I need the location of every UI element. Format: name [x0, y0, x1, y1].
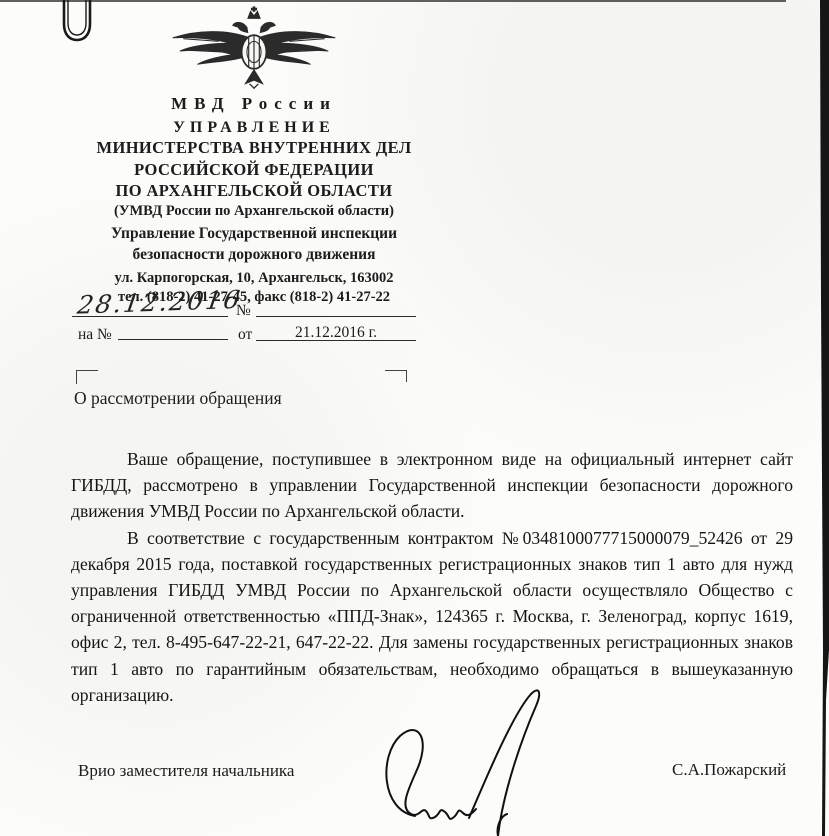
outgoing-number-blank-line: [256, 316, 416, 317]
body-paragraph-2: В соответствие с государственным контрак…: [71, 525, 793, 708]
handwritten-outgoing-date: 28.12.2016: [76, 285, 231, 319]
scan-right-edge: [818, 0, 829, 836]
org-abbreviation: (УМВД России по Архангельской области): [58, 203, 450, 220]
from-label: от: [238, 326, 252, 344]
number-label: №: [236, 302, 251, 320]
body-paragraph-1: Ваше обращение, поступившее в электронно…: [71, 446, 793, 525]
org-name-top: МВД России: [58, 94, 450, 114]
reply-number-blank-line: [118, 339, 228, 340]
dept-caps: УПРАВЛЕНИЕ: [58, 119, 450, 137]
street-address: ул. Карпогорская, 10, Архангельск, 16300…: [58, 269, 450, 288]
letterhead: МВД России УПРАВЛЕНИЕ МИНИСТЕРСТВА ВНУТР…: [58, 6, 450, 307]
division-line-2: безопасности дорожного движения: [58, 244, 450, 265]
incoming-date-line: [256, 340, 416, 341]
mvd-eagle-emblem-icon: [164, 6, 344, 90]
dept-line-1: МИНИСТЕРСТВА ВНУТРЕННИХ ДЕЛ: [58, 137, 450, 159]
signatory-position-title: Врио заместителя начальника: [78, 761, 294, 781]
dept-line-2: РОССИЙСКОЙ ФЕДЕРАЦИИ: [58, 159, 450, 181]
dept-line-3: ПО АРХАНГЕЛЬСКОЙ ОБЛАСТИ: [58, 180, 450, 202]
division-line-1: Управление Государственной инспекции: [58, 223, 450, 244]
addressee-corner-bracket-left: [76, 370, 98, 384]
handwritten-signature: [355, 688, 570, 836]
addressee-corner-bracket-right: [385, 370, 407, 382]
signatory-name: С.А.Пожарский: [672, 760, 786, 780]
scan-top-edge-line: [0, 0, 786, 2]
subject-line: О рассмотрении обращения: [74, 388, 282, 409]
letter-body: Ваше обращение, поступившее в электронно…: [71, 446, 793, 708]
outgoing-date-line: [72, 316, 228, 317]
reply-to-label: на №: [78, 326, 112, 344]
